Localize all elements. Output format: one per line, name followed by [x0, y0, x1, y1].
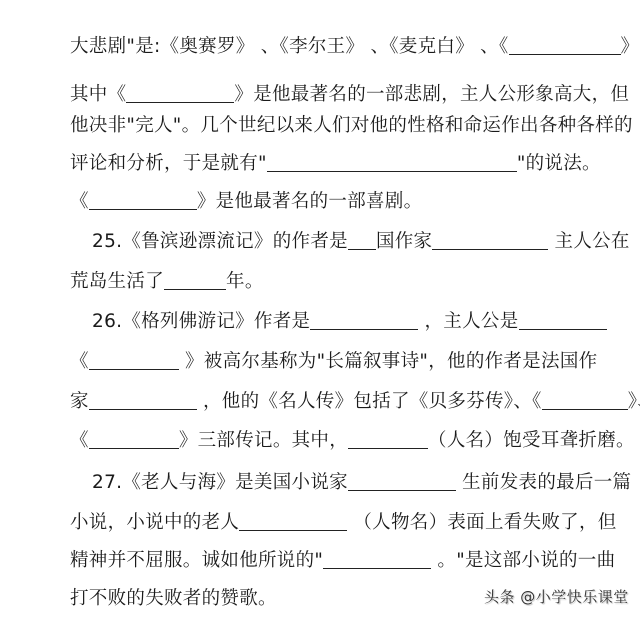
text-segment: ，他的《名人传》包括了《贝多芬传》、《: [197, 391, 542, 412]
text-segment: 》被高尔基称为"长篇叙事诗"，他的作者是法国作: [179, 351, 598, 372]
text-line-2: 其中《》是他最著名的一部悲剧，主人公形象高大，但: [70, 83, 629, 107]
text-segment: 。"是这部小说的一曲: [431, 550, 615, 571]
answer-blank: [542, 391, 628, 410]
question-27-line-4: 打不败的失败者的赞歌。: [70, 587, 277, 611]
answer-blank: [323, 550, 431, 569]
text-segment: 《: [70, 430, 89, 451]
text-segment: 他决非"完人"。几个世纪以来人们对他的性格和命运作出各种各样的: [70, 115, 633, 136]
answer-blank: [348, 231, 376, 250]
text-segment: 家: [70, 391, 89, 412]
document-page: 大悲剧"是:《奥赛罗》 、《李尔王》 、《麦克白》 、《》, 其中《》是他最著名…: [0, 0, 640, 620]
answer-blank: [432, 231, 548, 250]
question-27-line-3: 精神并不屈服。诚如他所说的" 。"是这部小说的一曲: [70, 549, 615, 573]
answer-blank: [239, 512, 347, 531]
answer-blank: [126, 84, 234, 103]
answer-blank: [267, 153, 517, 172]
question-26-line-2: 《 》被高尔基称为"长篇叙事诗"，他的作者是法国作: [70, 350, 597, 374]
question-27-line-1: 27.《老人与海》是美国小说家 生前发表的最后一篇: [92, 471, 631, 495]
text-segment: （人物名）表面上看失败了，但: [347, 512, 616, 533]
question-26-line-3: 家 ，他的《名人传》包括了《贝多芬传》、《》、: [70, 390, 640, 414]
text-segment: 27.《老人与海》是美国小说家: [92, 472, 348, 493]
text-segment: 主人公在: [548, 231, 629, 252]
question-25-line-2: 荒岛生活了年。: [70, 270, 264, 294]
question-26-line-4: 《》三部传记。其中，（人名）饱受耳聋折磨。: [70, 429, 635, 453]
text-segment: 》三部传记。其中，: [179, 430, 348, 451]
text-segment: 年。: [226, 271, 264, 292]
question-26-line-1: 26.《格列佛游记》作者是 ，主人公是: [92, 310, 607, 334]
text-segment: 生前发表的最后一篇: [456, 472, 631, 493]
text-segment: "的说法。: [517, 153, 601, 174]
text-segment: 荒岛生活了: [70, 271, 164, 292]
text-line-4: 评论和分析，于是就有""的说法。: [70, 152, 601, 176]
question-25-line-1: 25.《鲁滨逊漂流记》的作者是国作家 主人公在: [92, 230, 630, 254]
text-line-1: 大悲剧"是:《奥赛罗》 、《李尔王》 、《麦克白》 、《》,: [70, 35, 640, 59]
text-segment: 《: [70, 351, 89, 372]
text-segment: （人名）饱受耳聋折磨。: [428, 430, 635, 451]
text-segment: 打不败的失败者的赞歌。: [70, 588, 277, 609]
text-segment: 评论和分析，于是就有": [70, 153, 267, 174]
answer-blank: [348, 472, 456, 491]
answer-blank: [310, 311, 418, 330]
text-segment: 》、: [628, 391, 640, 412]
answer-blank: [519, 311, 607, 330]
text-segment: 》是他最著名的一部悲剧，主人公形象高大，但: [234, 84, 629, 105]
question-27-line-2: 小说，小说中的老人 （人物名）表面上看失败了，但: [70, 511, 617, 535]
text-segment: 《: [70, 191, 89, 212]
text-line-5: 《》是他最著名的一部喜剧。: [70, 190, 422, 214]
text-segment: 精神并不屈服。诚如他所说的": [70, 550, 323, 571]
answer-blank: [89, 191, 197, 210]
answer-blank: [509, 36, 621, 55]
text-segment: ，主人公是: [418, 311, 518, 332]
text-segment: 其中《: [70, 84, 126, 105]
text-segment: 大悲剧"是:《奥赛罗》 、《李尔王》 、《麦克白》 、《: [70, 36, 509, 57]
text-segment: 小说，小说中的老人: [70, 512, 239, 533]
text-segment: 26.《格列佛游记》作者是: [92, 311, 310, 332]
text-segment: 》是他最著名的一部喜剧。: [197, 191, 423, 212]
text-segment: 25.《鲁滨逊漂流记》的作者是: [92, 231, 348, 252]
watermark: 头条 @小学快乐课堂: [484, 586, 629, 607]
answer-blank: [164, 271, 226, 290]
answer-blank: [89, 351, 179, 370]
answer-blank: [89, 430, 179, 449]
text-segment: 》,: [621, 36, 640, 57]
text-line-3: 他决非"完人"。几个世纪以来人们对他的性格和命运作出各种各样的: [70, 114, 633, 138]
answer-blank: [89, 391, 197, 410]
answer-blank: [348, 430, 428, 449]
text-segment: 国作家: [376, 231, 432, 252]
